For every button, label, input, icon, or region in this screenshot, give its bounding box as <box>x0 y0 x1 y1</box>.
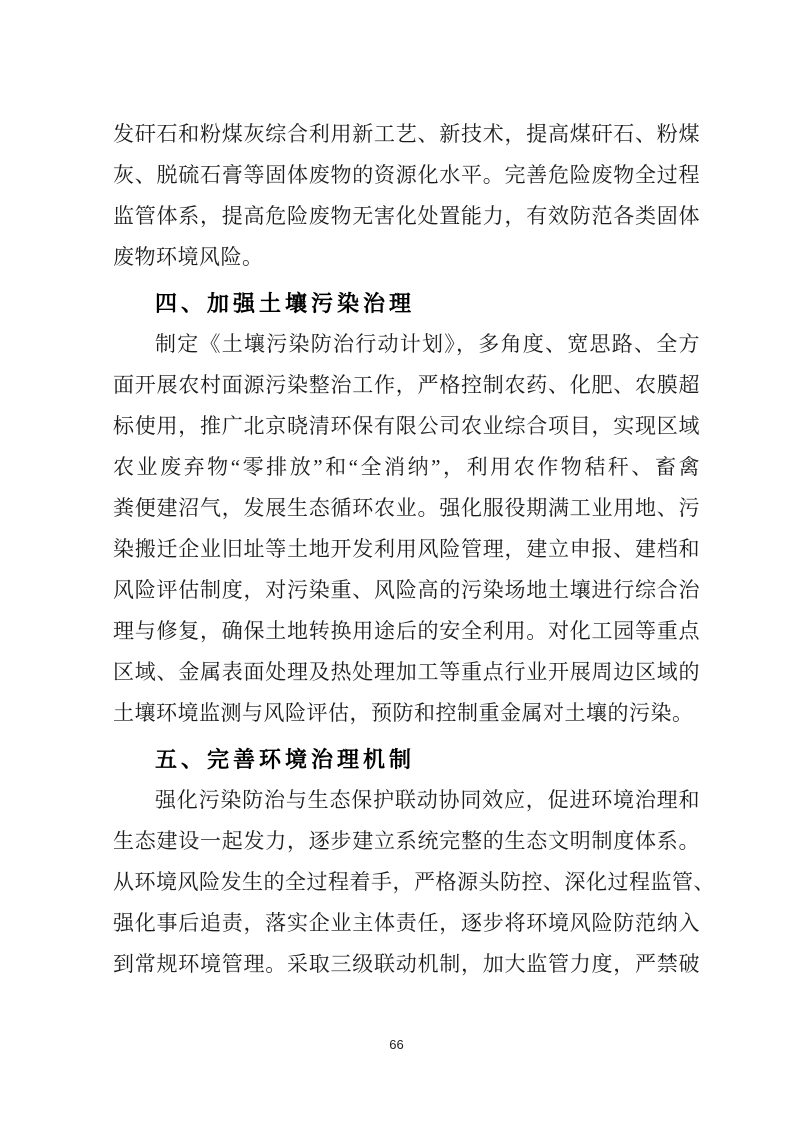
text-line: 生态建设一起发力，逐步建立系统完整的生态文明制度体系。 <box>113 821 700 862</box>
text-line: 风险评估制度，对污染重、风险高的污染场地土壤进行综合治 <box>113 570 700 611</box>
text-line: 粪便建沼气，发展生态循环农业。强化服役期满工业用地、污 <box>113 488 700 529</box>
text-line: 强化事后追责，落实企业主体责任，逐步将环境风险防范纳入 <box>113 903 700 944</box>
text-line: 染搬迁企业旧址等土地开发利用风险管理，建立申报、建档和 <box>113 529 700 570</box>
text-line: 强化污染防治与生态保护联动协同效应，促进环境治理和 <box>113 780 700 821</box>
text-line: 从环境风险发生的全过程着手，严格源头防控、深化过程监管、 <box>113 862 700 903</box>
text-line: 面开展农村面源污染整治工作，严格控制农药、化肥、农膜超 <box>113 365 700 406</box>
text-line: 监管体系，提高危险废物无害化处置能力，有效防范各类固体 <box>113 196 700 237</box>
document-page: 发矸石和粉煤灰综合利用新工艺、新技术，提高煤矸石、粉煤灰、脱硫石膏等固体废物的资… <box>0 0 793 1122</box>
text-line: 理与修复，确保土地转换用途后的安全利用。对化工园等重点 <box>113 611 700 652</box>
section-heading: 四、加强土壤污染治理 <box>113 283 700 324</box>
document-content: 发矸石和粉煤灰综合利用新工艺、新技术，提高煤矸石、粉煤灰、脱硫石膏等固体废物的资… <box>113 114 700 985</box>
page-number: 66 <box>0 1036 793 1054</box>
text-line: 发矸石和粉煤灰综合利用新工艺、新技术，提高煤矸石、粉煤 <box>113 114 700 155</box>
text-line: 到常规环境管理。采取三级联动机制，加大监管力度，严禁破 <box>113 944 700 985</box>
section-heading: 五、完善环境治理机制 <box>113 739 700 780</box>
text-line: 制定《土壤污染防治行动计划》，多角度、宽思路、全方 <box>113 324 700 365</box>
text-line: 废物环境风险。 <box>113 237 700 278</box>
text-line: 灰、脱硫石膏等固体废物的资源化水平。完善危险废物全过程 <box>113 155 700 196</box>
text-line: 标使用，推广北京晓清环保有限公司农业综合项目，实现区域 <box>113 406 700 447</box>
text-line: 农业废弃物“零排放”和“全消纳”，利用农作物秸秆、畜禽 <box>113 447 700 488</box>
text-line: 区域、金属表面处理及热处理加工等重点行业开展周边区域的 <box>113 652 700 693</box>
text-line: 土壤环境监测与风险评估，预防和控制重金属对土壤的污染。 <box>113 693 700 734</box>
